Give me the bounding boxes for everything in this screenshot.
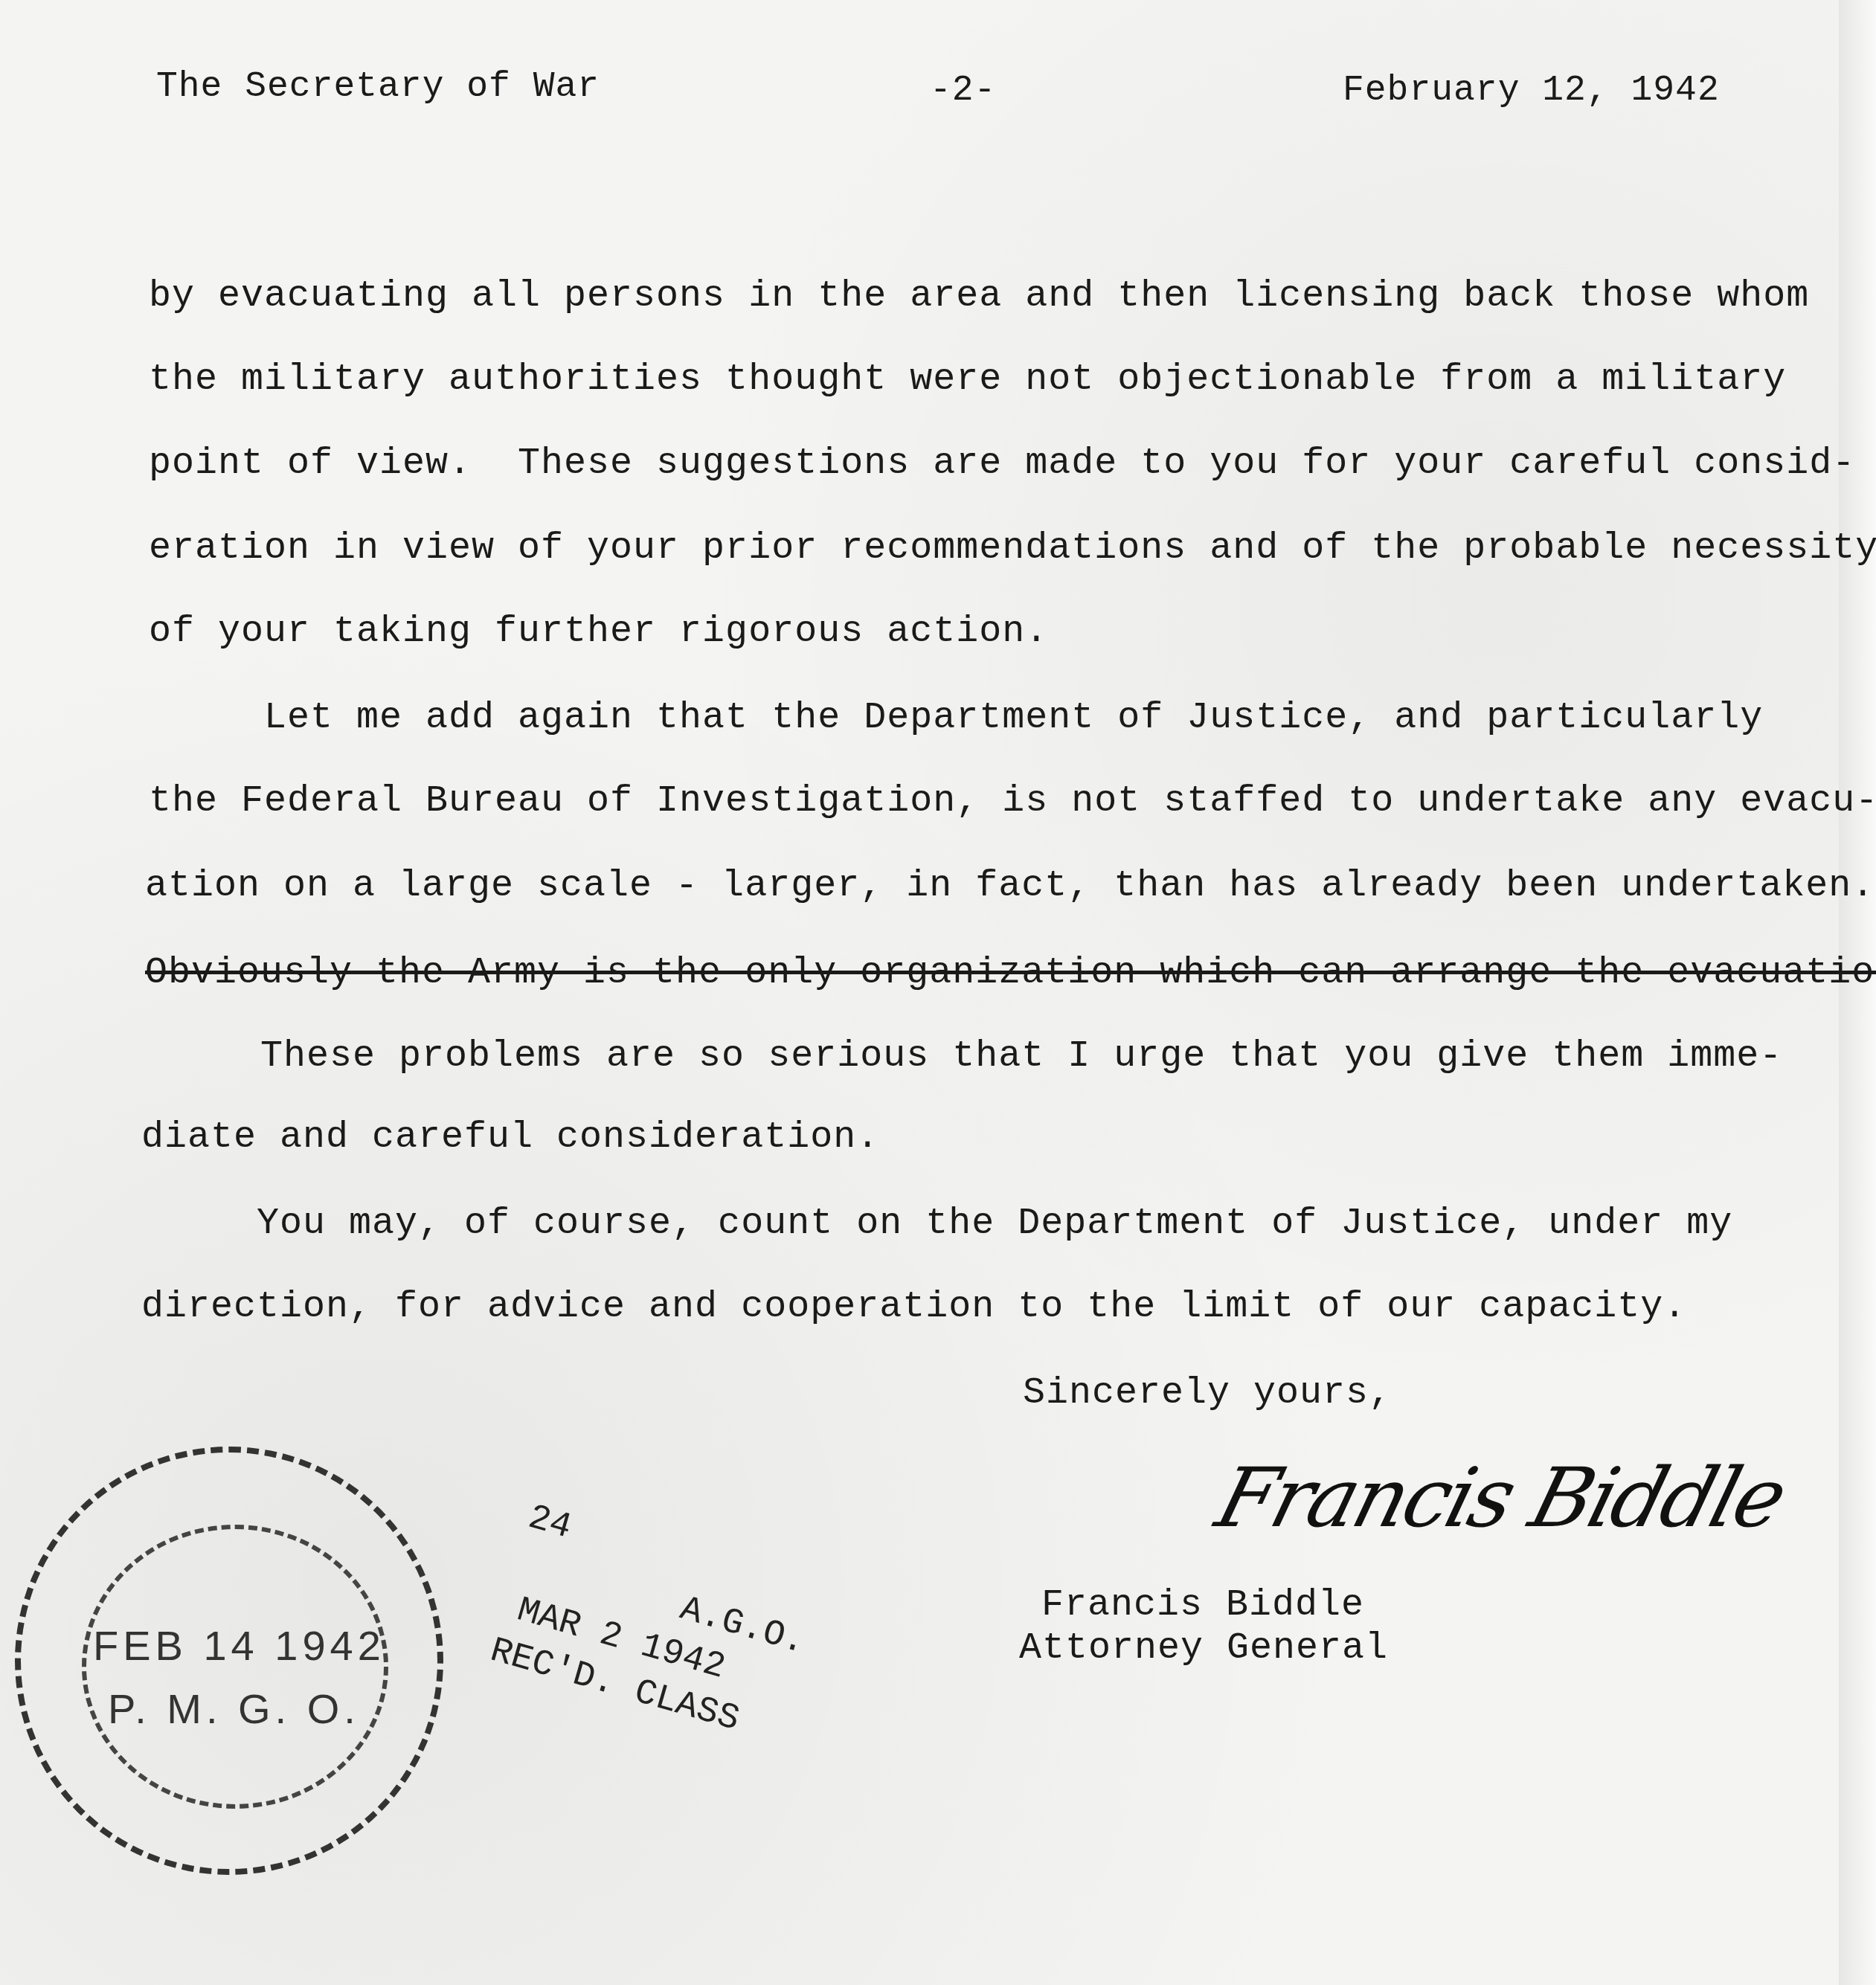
body-line: by evacuating all persons in the area an…	[149, 275, 1809, 318]
signer-name: Francis Biddle	[1041, 1584, 1364, 1627]
header-recipient: The Secretary of War	[156, 67, 600, 107]
body-line: direction, for advice and cooperation to…	[141, 1286, 1686, 1328]
body-line-struck: Obviously the Army is the only organizat…	[145, 952, 1876, 994]
signer-title: Attorney General	[1019, 1627, 1388, 1670]
body-line: These problems are so serious that I urg…	[145, 1035, 1782, 1078]
body-line: Let me add again that the Department of …	[149, 697, 1763, 739]
body-line: the Federal Bureau of Investigation, is …	[149, 780, 1876, 823]
body-line: You may, of course, count on the Departm…	[141, 1203, 1732, 1245]
pmgo-stamp-office: P. M. G. O.	[108, 1685, 360, 1733]
pmgo-stamp-date: FEB 14 1942	[93, 1621, 385, 1670]
body-line: point of view. These suggestions are mad…	[149, 443, 1855, 485]
signature: Francis Biddle	[1207, 1450, 1794, 1545]
closing: Sincerely yours,	[1023, 1372, 1392, 1415]
page-number: -2-	[930, 71, 996, 111]
body-line: diate and careful consideration.	[141, 1116, 879, 1159]
body-line: eration in view of your prior recommenda…	[149, 527, 1876, 570]
body-line: ation on a large scale - larger, in fact…	[145, 865, 1875, 907]
body-line: the military authorities thought were no…	[149, 358, 1786, 401]
header-date: February 12, 1942	[1343, 71, 1720, 111]
body-line: of your taking further rigorous action.	[149, 611, 1048, 653]
